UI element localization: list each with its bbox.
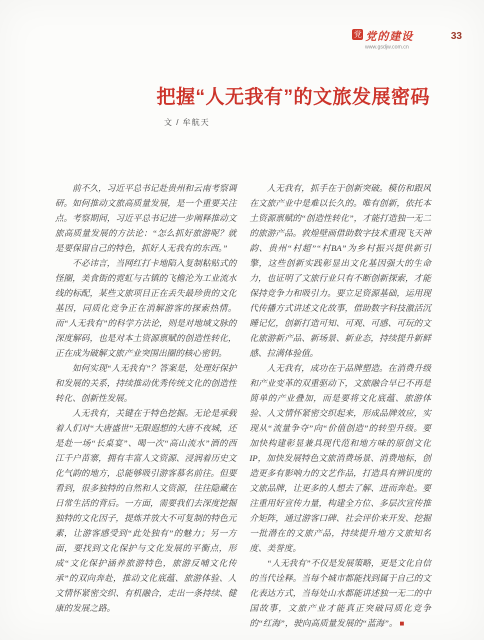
magazine-website: www.gsdjw.com.cn: [365, 44, 409, 50]
article-title: 把握“人无我有”的文旅发展密码: [54, 82, 430, 109]
magazine-page: 党 党的建设 www.gsdjw.com.cn 33 把握“人无我有”的文旅发展…: [0, 0, 484, 640]
article-end-mark: ■: [400, 619, 405, 628]
paragraph: 如何实现“人无我有”？答案是，处理好保护和发展的关系，持续推动优秀传统文化的创造…: [55, 361, 237, 406]
paragraph: 不必讳言，当网红打卡地陷入复制粘贴式的怪圈，美食街的霓虹与古镇的飞檐沦为工业流水…: [55, 256, 237, 361]
magazine-name: 党的建设: [365, 28, 441, 44]
magazine-brand: 党 党的建设 www.gsdjw.com.cn: [352, 28, 441, 54]
magazine-seal-icon: 党: [352, 29, 363, 40]
article-body: 前不久，习近平总书记赴贵州和云南考察调研。如何推动文旅高质量发展，是一个重要关注…: [55, 181, 431, 631]
left-column: 前不久，习近平总书记赴贵州和云南考察调研。如何推动文旅高质量发展，是一个重要关注…: [55, 181, 237, 631]
paragraph: 人无我有，关键在于特色挖掘。无论是承载着人们对“大唐盛世”无限遐想的大唐不夜城，…: [55, 406, 237, 616]
article-byline: 文 / 牟航天: [164, 117, 210, 128]
page-header: 党 党的建设 www.gsdjw.com.cn 33: [352, 28, 462, 54]
paragraph: 前不久，习近平总书记赴贵州和云南考察调研。如何推动文旅高质量发展，是一个重要关注…: [55, 181, 237, 256]
brand-text-block: 党的建设 www.gsdjw.com.cn: [365, 28, 441, 54]
paragraph: 人无我有，抓手在于创新突破。模仿和跟风在文旅产业中是难以长久的。唯有创新，依托本…: [250, 181, 432, 361]
paragraph-text: “人无我有”不仅是发展策略，更是文化自信的当代诠释。当每个城市都能找到属于自己的…: [250, 558, 432, 628]
page-number: 33: [451, 31, 462, 42]
right-column: 人无我有，抓手在于创新突破。模仿和跟风在文旅产业中是难以长久的。唯有创新，依托本…: [250, 181, 432, 631]
paragraph: “人无我有”不仅是发展策略，更是文化自信的当代诠释。当每个城市都能找到属于自己的…: [250, 556, 432, 631]
paragraph: 人无我有，成功在于品牌塑造。在消费升级和产业变革的双重驱动下，文旅融合早已不再是…: [250, 361, 432, 556]
